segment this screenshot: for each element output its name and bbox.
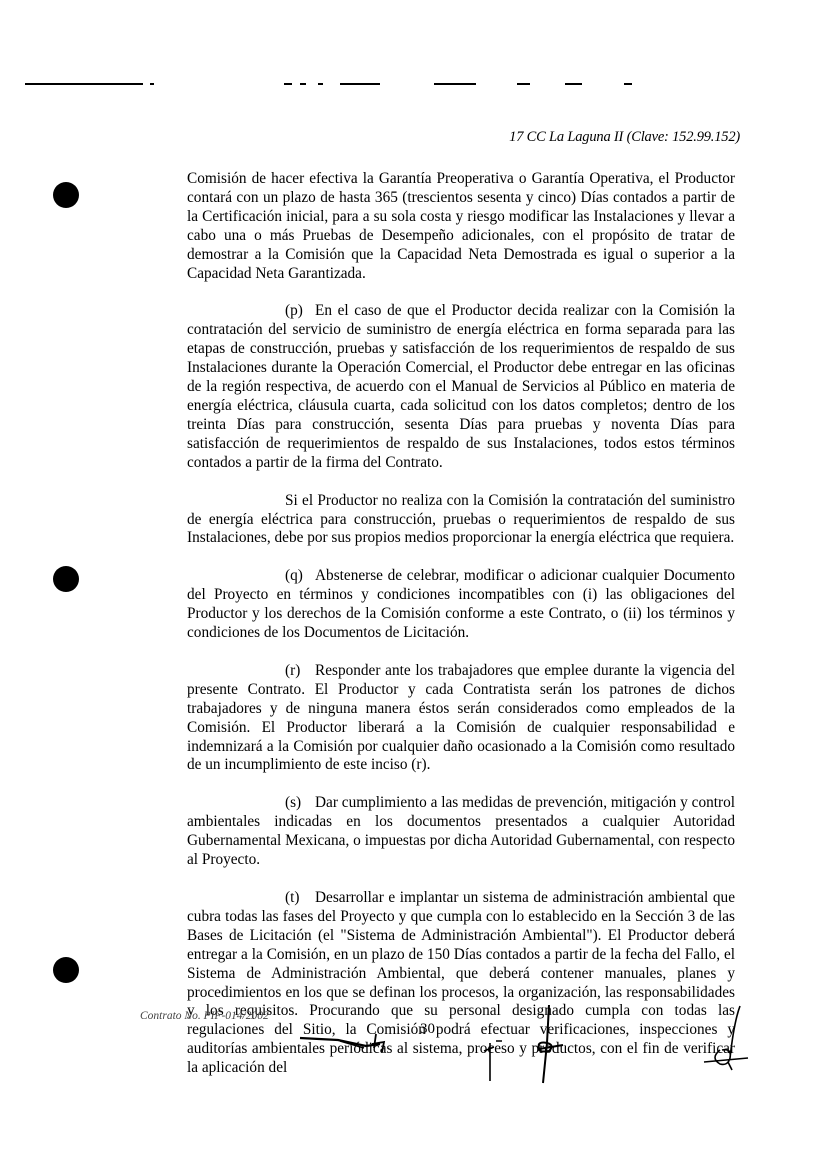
signature-initials-3 (533, 1003, 573, 1088)
scan-artifact-line (318, 83, 323, 85)
scan-artifact-line (340, 83, 380, 85)
item-label: (s) (285, 794, 315, 813)
binder-punch-hole (53, 957, 79, 983)
paragraph-text: Responder ante los trabajadores que empl… (187, 662, 735, 774)
scan-artifact-line (150, 83, 154, 85)
binder-punch-hole (53, 182, 79, 208)
signature-initials-2 (482, 1035, 522, 1085)
paragraph-continuation: Comisión de hacer efectiva la Garantía P… (187, 170, 735, 283)
scan-artifact-line (624, 83, 632, 85)
paragraph-text: Desarrollar e implantar un sistema de ad… (187, 889, 735, 1076)
scan-artifact-line (434, 83, 476, 85)
scan-artifact-line (565, 83, 582, 85)
scan-artifact-line (25, 83, 143, 85)
paragraph-text: Comisión de hacer efectiva la Garantía P… (187, 170, 735, 282)
scan-artifact-line (300, 83, 306, 85)
paragraph-text: Dar cumplimiento a las medidas de preven… (187, 794, 735, 868)
paragraph-text: Si el Productor no realiza con la Comisi… (187, 492, 735, 547)
item-label: (r) (285, 662, 315, 681)
page-number: 30 (420, 1021, 435, 1038)
paragraph-sub: Si el Productor no realiza con la Comisi… (187, 492, 735, 549)
paragraph-item-t: (t)Desarrollar e implantar un sistema de… (187, 889, 735, 1078)
item-label: (t) (285, 889, 315, 908)
paragraph-text: En el caso de que el Productor decida re… (187, 302, 735, 470)
paragraph-item-s: (s)Dar cumplimiento a las medidas de pre… (187, 794, 735, 870)
item-label: (p) (285, 302, 315, 321)
paragraph-item-p: (p)En el caso de que el Productor decida… (187, 302, 735, 472)
paragraph-item-q: (q)Abstenerse de celebrar, modificar o a… (187, 567, 735, 643)
scan-artifact-line (517, 83, 530, 85)
item-label: (q) (285, 567, 315, 586)
document-header-reference: 17 CC La Laguna II (Clave: 152.99.152) (509, 129, 740, 146)
signature-initials-1 (298, 1030, 388, 1060)
scan-artifact-line (284, 83, 292, 85)
document-body: Comisión de hacer efectiva la Garantía P… (187, 170, 735, 1097)
paragraph-text: Abstenerse de celebrar, modificar o adic… (187, 567, 735, 641)
paragraph-item-r: (r)Responder ante los trabajadores que e… (187, 662, 735, 775)
signature-initials-4 (700, 1002, 750, 1072)
contract-number: Contrato No. PIF-014/2002 (140, 1010, 269, 1022)
binder-punch-hole (53, 566, 79, 592)
